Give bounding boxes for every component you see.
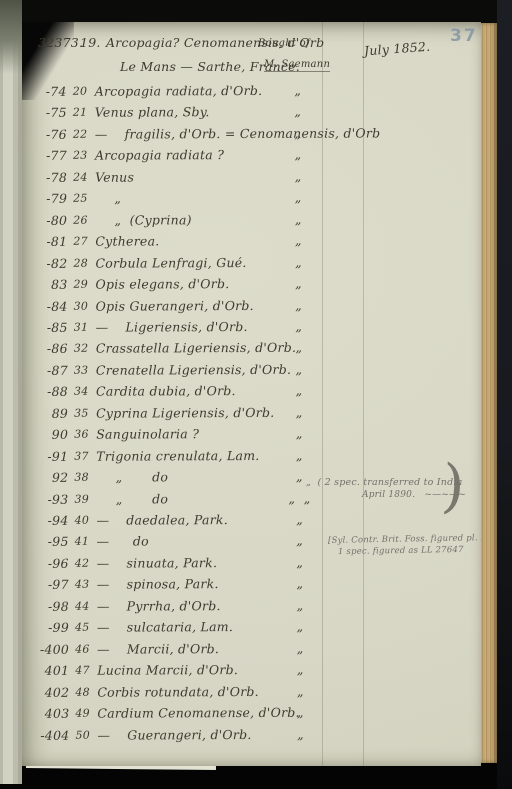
- register-row: -91 37 Trigonia crenulata, Lam. „: [22, 448, 481, 467]
- register-row: -97 43 — spinosa, Park. „: [23, 576, 482, 595]
- row-species: „ (Cyprina): [95, 212, 317, 227]
- register-row: -76 22 — fragilis, d'Orb. = Cenomanensis…: [21, 126, 480, 145]
- row-catalogue-number: -85: [28, 321, 68, 335]
- register-row: -400 46 — Marcii, d'Orb. „: [23, 641, 482, 660]
- rows: -74 20 Arcopagia radiata, d'Orb. „ -75 2…: [20, 21, 482, 767]
- row-catalogue-number: -98: [29, 600, 69, 614]
- row-bought-ditto: „: [283, 234, 313, 248]
- row-serial-number: 42: [75, 557, 101, 571]
- row-catalogue-number: -88: [28, 385, 68, 399]
- row-bought-ditto: „: [284, 341, 314, 355]
- row-serial-number: 26: [73, 213, 99, 227]
- row-catalogue-number: 89: [28, 407, 68, 421]
- row-species: Opis elegans, d'Orb.: [95, 277, 317, 292]
- row-catalogue-number: -76: [27, 128, 67, 142]
- row-catalogue-number: -86: [28, 342, 68, 356]
- row-bought-ditto: „: [285, 513, 315, 527]
- row-bought-ditto: „: [285, 663, 315, 677]
- row-bought-ditto: „: [284, 363, 314, 377]
- row-bought-ditto: „: [285, 620, 315, 634]
- row-catalogue-number: -82: [27, 256, 67, 270]
- row-bought-ditto: „: [285, 577, 315, 591]
- row-catalogue-number: -74: [27, 85, 67, 99]
- row-serial-number: 44: [75, 599, 101, 613]
- pencil-brace: ): [440, 451, 467, 520]
- gutter-shadow-top: [0, 0, 22, 74]
- facing-page-edge: [0, 0, 22, 784]
- row-catalogue-number: -78: [27, 171, 67, 185]
- register-row: 403 49 Cardium Cenomanense, d'Orb. „: [23, 705, 482, 724]
- row-bought-ditto: „: [283, 127, 313, 141]
- row-serial-number: 22: [73, 128, 99, 142]
- register-row: -85 31 — Ligeriensis, d'Orb. „: [22, 319, 481, 338]
- register-row: -99 45 — sulcataria, Lam. „: [23, 619, 482, 638]
- row-bought-ditto: „: [284, 384, 314, 398]
- row-bought-ditto: „: [285, 534, 315, 548]
- row-bought-ditto: „: [285, 727, 315, 741]
- row-serial-number: 31: [74, 321, 100, 335]
- row-serial-number: 20: [73, 85, 99, 99]
- row-bought-ditto: „: [285, 706, 315, 720]
- register-row: -84 30 Opis Guerangeri, d'Orb. „: [22, 297, 481, 316]
- row-bought-ditto: „: [283, 255, 313, 269]
- register-row: 402 48 Corbis rotundata, d'Orb. „: [23, 684, 482, 703]
- row-species: Cardita dubia, d'Orb.: [96, 384, 318, 399]
- photograph-of-register-page: 37 July 1852. 32373. 19. Arcopagia? Ceno…: [0, 0, 512, 789]
- register-row: -75 21 Venus plana, Sby. „: [21, 104, 480, 123]
- row-catalogue-number: 403: [29, 707, 69, 721]
- row-catalogue-number: 90: [28, 428, 68, 442]
- row-bought-ditto: „: [284, 405, 314, 419]
- register-row: 89 35 Cyprina Ligeriensis, d'Orb. „: [22, 405, 481, 424]
- row-species: — daedalea, Park.: [97, 513, 319, 528]
- row-species: — Guerangeri, d'Orb.: [97, 727, 319, 742]
- row-serial-number: 46: [75, 642, 101, 656]
- row-bought-ditto: „: [284, 427, 314, 441]
- row-bought-ditto: „: [283, 277, 313, 291]
- row-serial-number: 32: [74, 342, 100, 356]
- row-species: — sinuata, Park.: [97, 556, 319, 571]
- row-catalogue-number: -400: [29, 642, 69, 656]
- row-bought-ditto: „: [283, 170, 313, 184]
- row-bought-ditto: „: [283, 212, 313, 226]
- row-serial-number: 23: [73, 149, 99, 163]
- row-catalogue-number: -81: [27, 235, 67, 249]
- row-species: — sulcataria, Lam.: [97, 620, 319, 635]
- register-row: -77 23 Arcopagia radiata ? „: [21, 147, 480, 166]
- row-serial-number: 33: [74, 364, 100, 378]
- row-species: Venus: [95, 170, 317, 185]
- row-species: Lucina Marcii, d'Orb.: [97, 663, 319, 678]
- row-species: Corbis rotundata, d'Orb.: [97, 684, 319, 699]
- row-serial-number: 30: [74, 299, 100, 313]
- row-serial-number: 36: [74, 428, 100, 442]
- register-row: 92 38 „ do „: [22, 469, 481, 488]
- row-catalogue-number: -404: [29, 728, 69, 742]
- row-serial-number: 37: [74, 449, 100, 463]
- row-species: „ do: [96, 491, 318, 506]
- row-bought-ditto: „: [284, 448, 314, 462]
- row-species: Sanguinolaria ?: [96, 427, 318, 442]
- register-row: -94 40 — daedalea, Park. „: [23, 512, 482, 531]
- row-species: Cyprina Ligeriensis, d'Orb.: [96, 405, 318, 420]
- row-serial-number: 24: [73, 170, 99, 184]
- register-row: -88 34 Cardita dubia, d'Orb. „: [22, 383, 481, 402]
- row-species: Corbula Lenfragi, Gué.: [95, 255, 317, 270]
- row-serial-number: 29: [73, 278, 99, 292]
- row-catalogue-number: -99: [29, 621, 69, 635]
- row-serial-number: 41: [75, 535, 101, 549]
- row-bought-ditto: „: [283, 105, 313, 119]
- row-catalogue-number: -79: [27, 192, 67, 206]
- row-species: — Pyrrha, d'Orb.: [97, 599, 319, 614]
- row-serial-number: 48: [75, 685, 101, 699]
- row-catalogue-number: -93: [28, 492, 68, 506]
- register-page: 37 July 1852. 32373. 19. Arcopagia? Ceno…: [22, 22, 481, 766]
- row-bought-ditto: „: [283, 148, 313, 162]
- row-serial-number: 50: [75, 728, 101, 742]
- register-row: -96 42 — sinuata, Park. „: [23, 555, 482, 574]
- register-row: -74 20 Arcopagia radiata, d'Orb. „: [21, 83, 480, 102]
- register-row: -79 25 „ „: [21, 190, 480, 209]
- row-serial-number: 40: [75, 514, 101, 528]
- row-bought-ditto: „ „: [284, 491, 314, 505]
- row-species: — do: [97, 534, 319, 549]
- register-row: -80 26 „ (Cyprina) „: [21, 212, 480, 231]
- row-catalogue-number: 402: [29, 685, 69, 699]
- register-row: -78 24 Venus „: [21, 169, 480, 188]
- row-catalogue-number: 92: [28, 471, 68, 485]
- row-species: — spinosa, Park.: [97, 577, 319, 592]
- row-serial-number: 43: [75, 578, 101, 592]
- row-catalogue-number: -97: [29, 578, 69, 592]
- row-species: — fragilis, d'Orb. = Cenomanensis, d'Orb: [95, 127, 317, 142]
- row-bought-ditto: „: [284, 298, 314, 312]
- register-row: -95 41 — do „: [23, 533, 482, 552]
- row-bought-ditto: „: [283, 191, 313, 205]
- row-bought-ditto: „: [284, 320, 314, 334]
- book-fore-edge: [481, 23, 498, 763]
- row-catalogue-number: -96: [29, 557, 69, 571]
- row-serial-number: 39: [74, 492, 100, 506]
- row-serial-number: 38: [74, 471, 100, 485]
- register-row: 401 47 Lucina Marcii, d'Orb. „: [23, 662, 482, 681]
- row-catalogue-number: -87: [28, 364, 68, 378]
- row-catalogue-number: -77: [27, 149, 67, 163]
- row-species: Trigonia crenulata, Lam.: [96, 448, 318, 463]
- row-species: Crenatella Ligeriensis, d'Orb.: [96, 363, 318, 378]
- row-catalogue-number: -95: [29, 535, 69, 549]
- row-species: — Marcii, d'Orb.: [97, 641, 319, 656]
- row-bought-ditto: „: [283, 84, 313, 98]
- row-bought-ditto: „: [285, 556, 315, 570]
- register-row: -93 39 „ do „ „: [22, 491, 481, 510]
- row-bought-ditto: „: [285, 599, 315, 613]
- register-row: -81 27 Cytherea. „: [21, 233, 480, 252]
- row-serial-number: 47: [75, 664, 101, 678]
- row-serial-number: 34: [74, 385, 100, 399]
- row-serial-number: 27: [73, 235, 99, 249]
- row-bought-ditto: „: [284, 470, 314, 484]
- book-cover-edge: [497, 0, 512, 789]
- row-serial-number: 21: [73, 106, 99, 120]
- row-bought-ditto: „: [285, 641, 315, 655]
- row-catalogue-number: -91: [28, 449, 68, 463]
- row-species: Cytherea.: [95, 234, 317, 249]
- row-catalogue-number: -84: [28, 299, 68, 313]
- row-species: Venus plana, Sby.: [95, 105, 317, 120]
- row-species: Opis Guerangeri, d'Orb.: [96, 298, 318, 313]
- register-row: 90 36 Sanguinolaria ? „: [22, 426, 481, 445]
- register-row: -86 32 Crassatella Ligeriensis, d'Orb. „: [22, 340, 481, 359]
- row-serial-number: 25: [73, 192, 99, 206]
- row-serial-number: 49: [75, 707, 101, 721]
- row-serial-number: 45: [75, 621, 101, 635]
- row-serial-number: 28: [73, 256, 99, 270]
- row-serial-number: 35: [74, 406, 100, 420]
- row-species: Arcopagia radiata ?: [95, 148, 317, 163]
- row-species: Cardium Cenomanense, d'Orb.: [97, 706, 319, 721]
- row-species: „: [95, 191, 317, 206]
- row-catalogue-number: -75: [27, 106, 67, 120]
- row-species: — Ligeriensis, d'Orb.: [96, 320, 318, 335]
- register-row: -82 28 Corbula Lenfragi, Gué. „: [21, 255, 480, 274]
- row-bought-ditto: „: [285, 684, 315, 698]
- register-row: -87 33 Crenatella Ligeriensis, d'Orb. „: [22, 362, 481, 381]
- register-row: -98 44 — Pyrrha, d'Orb. „: [23, 598, 482, 617]
- row-catalogue-number: -80: [27, 213, 67, 227]
- row-catalogue-number: -94: [29, 514, 69, 528]
- row-species: „ do: [96, 470, 318, 485]
- register-row: -404 50 — Guerangeri, d'Orb. „: [23, 726, 482, 745]
- register-row: 83 29 Opis elegans, d'Orb. „: [21, 276, 480, 295]
- row-species: Arcopagia radiata, d'Orb.: [95, 84, 317, 99]
- row-catalogue-number: 83: [27, 278, 67, 292]
- row-catalogue-number: 401: [29, 664, 69, 678]
- row-species: Crassatella Ligeriensis, d'Orb.: [96, 341, 318, 356]
